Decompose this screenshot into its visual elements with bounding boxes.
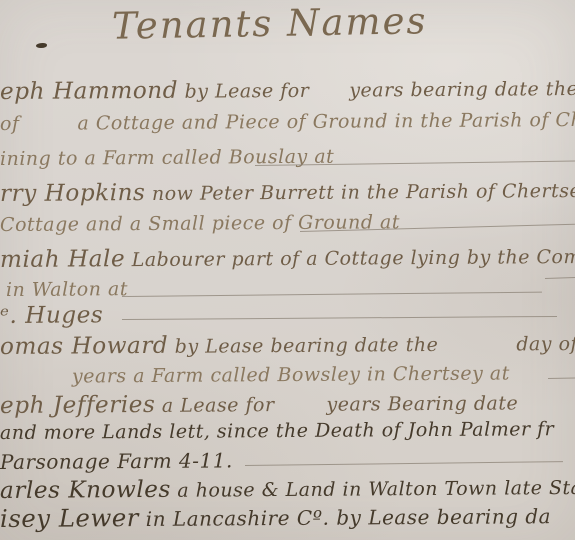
blank-space [0, 382, 72, 383]
ruled-line [548, 378, 575, 379]
ruled-line [122, 292, 542, 297]
handwritten-text: day of [516, 333, 575, 355]
manuscript-line: rry Hopkins now Peter Burrett in the Par… [0, 178, 575, 205]
handwritten-text: in Walton at [6, 278, 128, 301]
page-title: Tenants Names [112, 0, 428, 48]
ruled-line [122, 316, 557, 320]
manuscript-line: ᵉ. Huges [0, 303, 103, 327]
blank-space [438, 350, 516, 351]
handwritten-text: omas Howard [0, 332, 168, 360]
handwritten-text: a Cottage and Piece of Ground in the Par… [77, 109, 575, 135]
manuscript-line: ining to a Farm called Bouslay at [0, 148, 334, 169]
handwritten-text: a Lease for [155, 394, 274, 417]
handwritten-text: ining to a Farm called Bouslay at [0, 146, 334, 170]
handwritten-text: Parsonage Farm 4-11. [0, 448, 233, 474]
handwritten-text: of [0, 113, 20, 135]
manuscript-page: Tenants Names eph Hammond by Lease forye… [0, 0, 575, 540]
handwritten-text: rry Hopkins [0, 179, 145, 207]
ink-speck [36, 43, 47, 48]
manuscript-line: isey Lewer in Lancashire Cº. by Lease be… [0, 503, 551, 531]
handwritten-text: years Bearing date [326, 392, 518, 415]
ruled-line [245, 461, 563, 466]
handwritten-text: and more Lands lett, since the Death of … [0, 418, 554, 444]
manuscript-line: in Walton at [6, 280, 128, 300]
handwritten-text: years a Farm called Bowsley in Chertsey … [72, 362, 510, 387]
handwritten-text: eph Hammond [0, 77, 178, 105]
manuscript-line: eph Hammond by Lease foryears bearing da… [0, 76, 575, 103]
manuscript-line: arles Knowles a house & Land in Walton T… [0, 475, 575, 502]
handwritten-text: in Lancashire Cº. by Lease bearing da [139, 504, 551, 531]
manuscript-line: miah Hale Labourer part of a Cottage lyi… [0, 244, 575, 271]
handwritten-text: eph Jefferies [0, 391, 155, 419]
ruled-line [545, 277, 575, 279]
manuscript-line: omas Howard by Lease bearing date theday… [0, 331, 575, 358]
handwritten-text: now Peter Burrett in the Parish of Chert… [145, 180, 575, 205]
handwritten-text: isey Lewer [0, 503, 139, 533]
handwritten-text: by Lease for [178, 80, 309, 103]
handwritten-text: years bearing date the [349, 78, 575, 102]
handwritten-text: ᵉ. Huges [0, 301, 103, 329]
manuscript-line: and more Lands lett, since the Death of … [0, 420, 554, 443]
manuscript-line: ofa Cottage and Piece of Ground in the P… [0, 111, 575, 134]
manuscript-line: Parsonage Farm 4-11. [0, 450, 233, 472]
manuscript-line: eph Jefferies a Lease foryears Bearing d… [0, 390, 518, 417]
handwritten-text: a house & Land in Walton Town late Stall… [171, 477, 575, 502]
handwritten-text: by Lease bearing date the [168, 334, 438, 358]
handwritten-text: Cottage and a Small piece of Ground at [0, 211, 400, 236]
handwritten-text: arles Knowles [0, 476, 171, 504]
handwritten-text: Labourer part of a Cottage lying by the … [125, 246, 575, 271]
manuscript-line: years a Farm called Bowsley in Chertsey … [0, 364, 510, 387]
handwritten-text: miah Hale [0, 245, 125, 273]
manuscript-line: Cottage and a Small piece of Ground at [0, 213, 400, 235]
